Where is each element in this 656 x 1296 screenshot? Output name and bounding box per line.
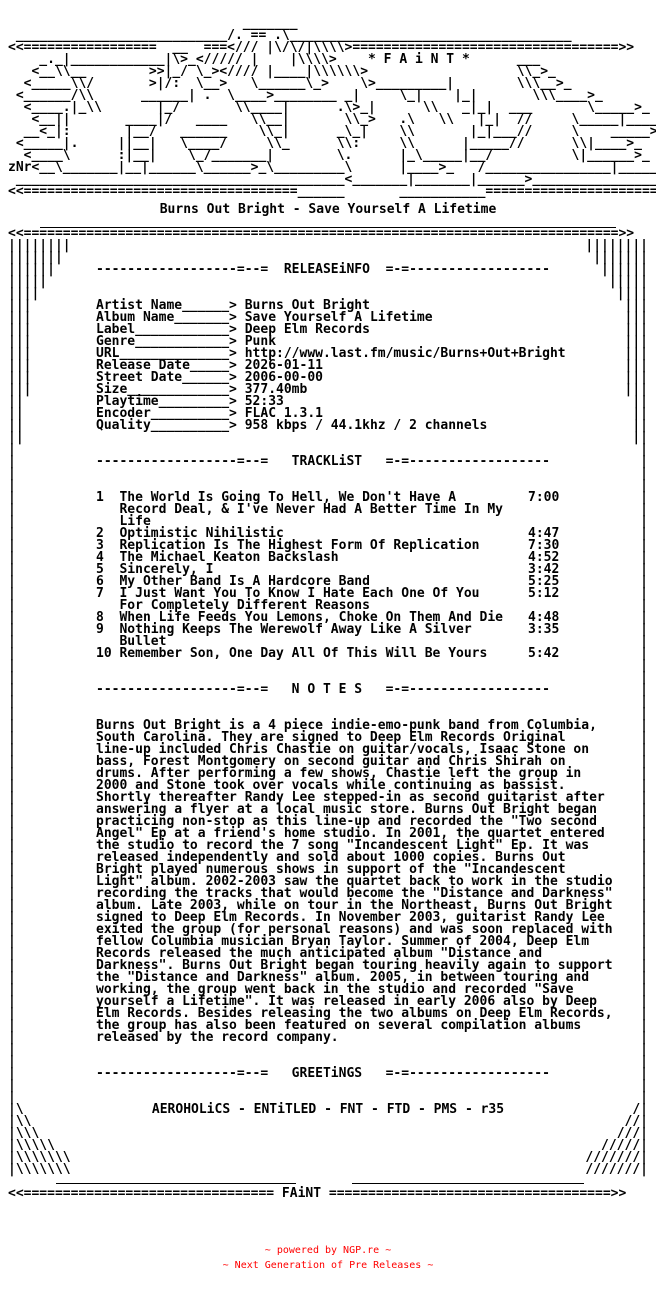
tagline-text: ~ Next Generation of Pre Releases ~ xyxy=(0,1258,656,1273)
release-info-row: Quality__________> 958 kbps / 44.1khz / … xyxy=(96,420,487,432)
notes-header: ------------------=--= N O T E S =-=----… xyxy=(96,684,550,696)
tracklist-header: ------------------=--= TRACKLiST =-=----… xyxy=(96,456,550,468)
powered-by-text: ~ powered by NGP.re ~ xyxy=(0,1243,656,1258)
box-bottom-border: <<================================ FAiNT… xyxy=(8,1188,626,1200)
release-info-header: ------------------=--= RELEASEiNFO =-=--… xyxy=(96,264,550,276)
greetings-header: ------------------=--= GREETiNGS =-=----… xyxy=(96,1068,550,1080)
release-info-value: 958 kbps / 44.1khz / 2 channels xyxy=(245,418,488,433)
release-info-label: Quality__________> xyxy=(96,418,245,433)
box-top-border: <<======================================… xyxy=(8,228,634,240)
track-duration: 5:42 xyxy=(528,648,559,660)
notes-body: Burns Out Bright is a 4 piece indie-emo-… xyxy=(96,720,613,1044)
faint-ascii-banner: _______ ___________________________/. ==… xyxy=(8,18,656,198)
track-row-continuation: Record Deal, & I've Never Had A Better T… xyxy=(96,504,503,516)
track-duration: 7:00 xyxy=(528,492,559,504)
bottom-rule-right xyxy=(352,1183,584,1184)
track-duration: 3:35 xyxy=(528,624,559,636)
greetings-list: AEROHOLiCS - ENTiTLED - FNT - FTD - PMS … xyxy=(0,1104,656,1116)
box-top-rule xyxy=(40,227,616,228)
track-duration: 5:12 xyxy=(528,588,559,600)
track-row: 10 Remember Son, One Day All Of This Wil… xyxy=(96,648,487,660)
bottom-rule-left xyxy=(56,1183,296,1184)
release-title: Burns Out Bright - Save Yourself A Lifet… xyxy=(0,204,656,216)
